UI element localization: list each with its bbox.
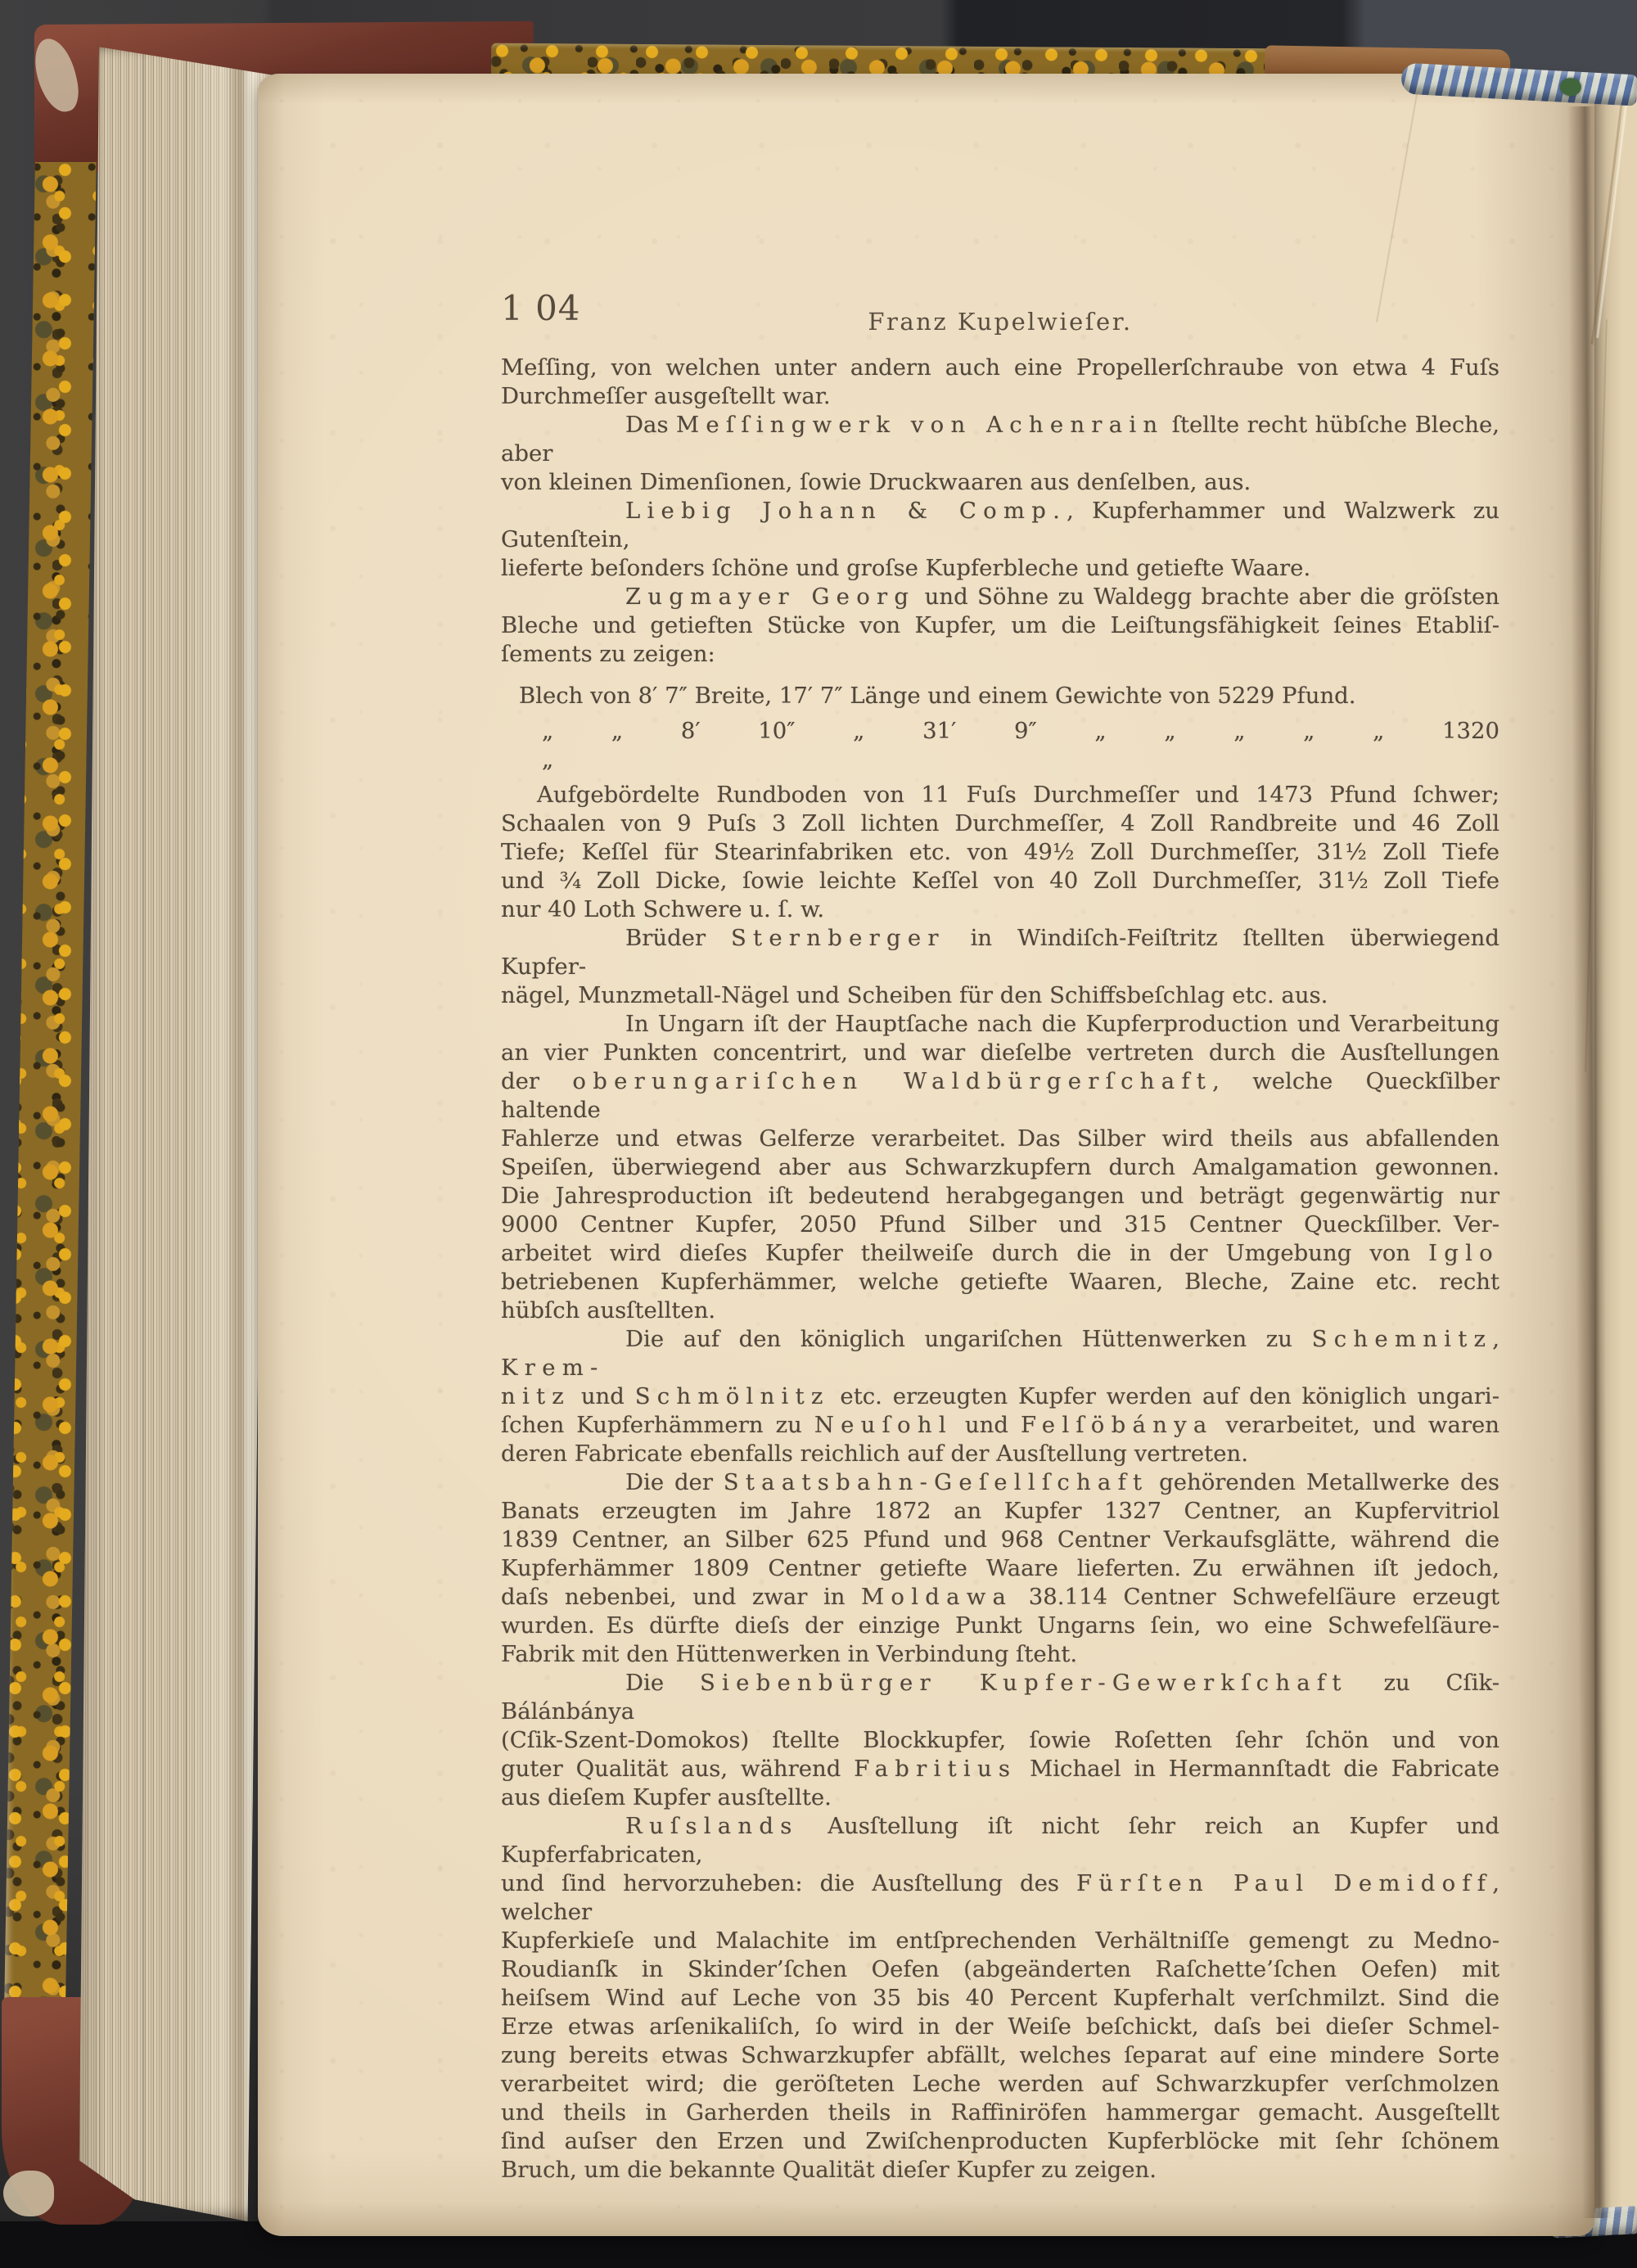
text-line: Aufgebördelte Rundboden von 11 Fuſs Durc… [501, 781, 1499, 809]
endband-green-bead [1559, 78, 1581, 97]
text-line: Fabrik mit den Hüttenwerken in Verbindun… [501, 1640, 1499, 1669]
text-line: Roudianſk in Skinder’ſchen Oefen (abgeän… [501, 1955, 1499, 1984]
book-photo: 1 04 Franz Kupelwieſer. Meſſing, von wel… [0, 0, 1637, 2268]
text-line: Meſſing, von welchen unter andern auch e… [501, 354, 1499, 382]
worn-leather-patch [29, 34, 84, 116]
text-line: Die Jahresproduction iſt bedeutend herab… [501, 1182, 1499, 1211]
printed-text-layer: 1 04 Franz Kupelwieſer. Meſſing, von wel… [501, 288, 1499, 2007]
text-line: Brüder Sternberger in Windiſch-Feiſtritz… [501, 924, 1499, 981]
text-line: und theils in Garherden theils in Raffin… [501, 2099, 1499, 2127]
text-line: zung bereits etwas Schwarzkupfer abfällt… [501, 2041, 1499, 2070]
text-line: und ſind hervorzuheben: die Ausſtellung … [501, 1869, 1499, 1927]
page-stack-fore-edge [75, 43, 273, 2221]
text-line: lieferte beſonders ſchöne und groſse Kup… [501, 554, 1499, 583]
text-line: verarbeitet wird; die geröſteten Leche w… [501, 2070, 1499, 2099]
text-line: Das Meſſingwerk von Achenrain ſtellte re… [501, 411, 1499, 468]
text-line: Fahlerze und etwas Gelferze verarbeitet.… [501, 1125, 1499, 1153]
text-line: 1839 Centner, an Silber 625 Pfund und 96… [501, 1526, 1499, 1554]
text-line: Erze etwas arſenikaliſch, ſo wird in der… [501, 2013, 1499, 2041]
text-line: Liebig Johann & Comp., Kupferhammer und … [501, 497, 1499, 554]
text-line: von kleinen Dimenſionen, ſowie Druckwaar… [501, 468, 1499, 497]
text-line: der oberungariſchen Waldbürgerſchaft, we… [501, 1067, 1499, 1125]
text-line: Die Siebenbürger Kupfer-Gewerkſchaft zu … [501, 1669, 1499, 1726]
text-line: 9000 Centner Kupfer, 2050 Pfund Silber u… [501, 1211, 1499, 1239]
text-line: Tiefe; Keſſel für Stearinfabriken etc. v… [501, 838, 1499, 867]
text-line: hübſch ausſtellten. [501, 1296, 1499, 1325]
text-line: an vier Punkten concentrirt, und war die… [501, 1039, 1499, 1067]
text-line: nägel, Munzmetall-Nägel und Scheiben für… [501, 981, 1499, 1010]
text-line: Speiſen, überwiegend aber aus Schwarzkup… [501, 1153, 1499, 1182]
text-line: Banats erzeugten im Jahre 1872 an Kupfer… [501, 1497, 1499, 1526]
text-line: (Cſik-Szent-Domokos) ſtellte Blockkupfer… [501, 1726, 1499, 1755]
text-line: Die auf den königlich ungariſchen Hütten… [501, 1325, 1499, 1382]
text-line: Blech von 8′ 7″ Breite, 17′ 7″ Länge und… [501, 682, 1499, 710]
text-line: heiſsem Wind auf Leche von 35 bis 40 Per… [501, 1984, 1499, 2013]
running-head: Franz Kupelwieſer. [501, 308, 1499, 336]
text-line: Ruſslands Ausſtellung iſt nicht ſehr rei… [501, 1812, 1499, 1869]
text-line: Die der Staatsbahn-Geſellſchaft gehörend… [501, 1468, 1499, 1497]
text-line: deren Fabricate ebenfalls reichlich auf … [501, 1440, 1499, 1468]
text-line: guter Qualität aus, während Fabritius Mi… [501, 1755, 1499, 1783]
text-line: nitz und Schmölnitz etc. erzeugten Kupfe… [501, 1382, 1499, 1411]
text-line: Kupferhämmer 1809 Centner getiefte Waare… [501, 1554, 1499, 1583]
text-line: arbeitet wird dieſes Kupfer theilweiſe d… [501, 1239, 1499, 1268]
text-line: und ¾ Zoll Dicke, ſowie leichte Keſſel v… [501, 867, 1499, 895]
page-crease [1376, 80, 1420, 322]
text-line: nur 40 Loth Schwere u. ſ. w. [501, 895, 1499, 924]
text-line: Bruch, um die bekannte Qualität dieſer K… [501, 2156, 1499, 2185]
text-line: Bleche und getieften Stücke von Kupfer, … [501, 611, 1499, 640]
text-line: Kupferkieſe und Malachite im entſprechen… [501, 1927, 1499, 1955]
text-line: ſements zu zeigen: [501, 640, 1499, 669]
text-line: Durchmeſſer ausgeſtellt war. [501, 382, 1499, 411]
text-block: Meſſing, von welchen unter andern auch e… [501, 354, 1499, 2185]
text-line: „ „ 8′ 10″ „ 31′ 9″ „ „ „ „ „ 1320 „ [501, 717, 1499, 774]
text-line: In Ungarn iſt der Hauptſache nach die Ku… [501, 1010, 1499, 1039]
text-line: ſchen Kupferhämmern zu Neuſohl und Felſö… [501, 1411, 1499, 1440]
text-line: Schaalen von 9 Puſs 3 Zoll lichten Durch… [501, 809, 1499, 838]
text-line: aus dieſem Kupfer ausſtellte. [501, 1783, 1499, 1812]
text-line: Zugmayer Georg und Söhne zu Waldegg brac… [501, 583, 1499, 611]
text-line: betriebenen Kupferhämmer, welche getieft… [501, 1268, 1499, 1296]
text-line: ſind auſser den Erzen und Zwiſchenproduc… [501, 2127, 1499, 2156]
worn-leather-patch [3, 2171, 54, 2216]
text-line: wurden. Es dürfte dieſs der einzige Punk… [501, 1612, 1499, 1640]
text-line: daſs nebenbei, und zwar in Moldawa 38.11… [501, 1583, 1499, 1612]
